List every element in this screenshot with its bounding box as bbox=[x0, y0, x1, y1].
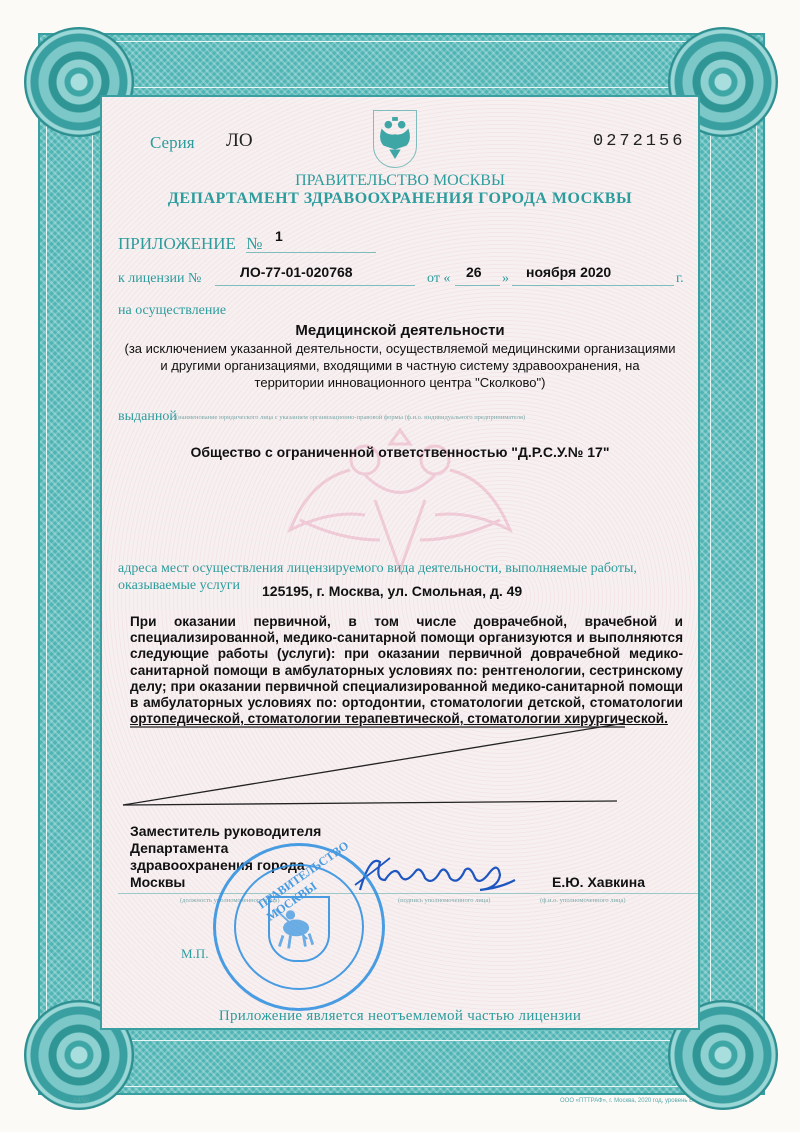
blank-space-z-strike bbox=[0, 0, 800, 1132]
printer-imprint: ООО «ПТТРАФ», г. Москва, 2020 год, урове… bbox=[560, 1098, 693, 1104]
signatory-position-line: Заместитель руководителя bbox=[130, 823, 321, 840]
signature-line bbox=[118, 893, 698, 894]
seal-label: М.П. bbox=[181, 946, 208, 962]
signature-hint: (подпись уполномоченного лица) bbox=[398, 897, 490, 904]
form-code: А4/50 bbox=[73, 1098, 89, 1104]
appendix-note: Приложение является неотъемлемой частью … bbox=[0, 1008, 800, 1025]
signatory-name: Е.Ю. Хавкина bbox=[552, 874, 645, 890]
name-hint: (ф.и.о. уполномоченного лица) bbox=[540, 897, 626, 904]
official-seal-stamp: ПРАВИТЕЛЬСТВО МОСКВЫ bbox=[213, 843, 385, 1011]
